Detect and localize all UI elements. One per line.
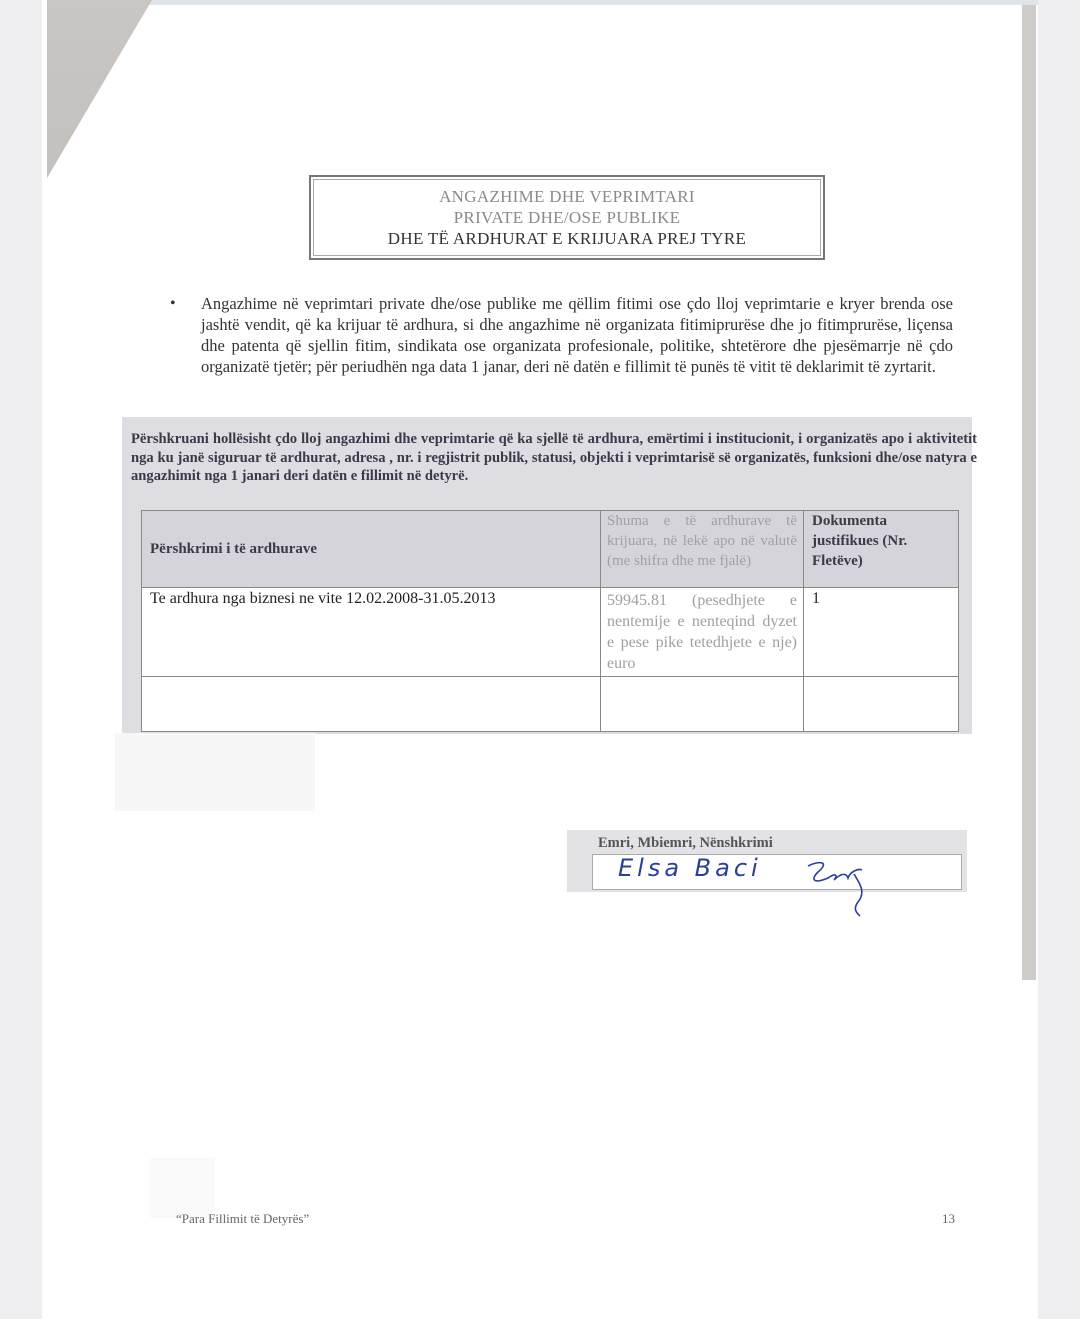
page-number: 13 xyxy=(942,1211,955,1227)
income-table: Përshkrimi i të ardhurave Shuma e të ard… xyxy=(141,510,959,732)
handwritten-name: Elsa Baci xyxy=(618,854,762,882)
scan-artifact xyxy=(115,733,315,811)
top-edge xyxy=(150,0,1038,5)
signature-scrawl-icon xyxy=(800,858,870,918)
instructions-text: Përshkruani hollësisht çdo lloj angazhim… xyxy=(131,430,977,486)
title-line-2: PRIVATE DHE/OSE PUBLIKE xyxy=(311,207,823,228)
section-title-box: ANGAZHIME DHE VEPRIMTARI PRIVATE DHE/OSE… xyxy=(309,175,825,260)
cell-description: Te ardhura nga biznesi ne vite 12.02.200… xyxy=(142,588,601,677)
header-description: Përshkrimi i të ardhurave xyxy=(142,511,601,588)
cell-amount: 59945.81 (pesedhjete e nentemije e nente… xyxy=(601,588,804,677)
cell-documents xyxy=(804,677,959,732)
table-header-row: Përshkrimi i të ardhurave Shuma e të ard… xyxy=(142,511,959,588)
bullet-icon: • xyxy=(170,293,176,314)
bullet-text: Angazhime në veprimtari private dhe/ose … xyxy=(201,293,953,377)
cell-description xyxy=(142,677,601,732)
header-amount: Shuma e të ardhurave të krijuara, në lek… xyxy=(601,511,804,588)
table-row xyxy=(142,677,959,732)
bullet-paragraph: • Angazhime në veprimtari private dhe/os… xyxy=(170,293,953,377)
scan-artifact xyxy=(150,1158,215,1218)
right-page-edge xyxy=(1022,5,1036,980)
header-documents: Dokumenta justifikues (Nr. Fletëve) xyxy=(804,511,959,588)
title-line-1: ANGAZHIME DHE VEPRIMTARI xyxy=(311,186,823,207)
footer-section-name: “Para Fillimit të Detyrës” xyxy=(176,1211,309,1227)
title-line-3: DHE TË ARDHURAT E KRIJUARA PREJ TYRE xyxy=(311,228,823,249)
cell-documents: 1 xyxy=(804,588,959,677)
cell-amount xyxy=(601,677,804,732)
table-row: Te ardhura nga biznesi ne vite 12.02.200… xyxy=(142,588,959,677)
signature-label: Emri, Mbiemri, Nënshkrimi xyxy=(598,835,773,852)
